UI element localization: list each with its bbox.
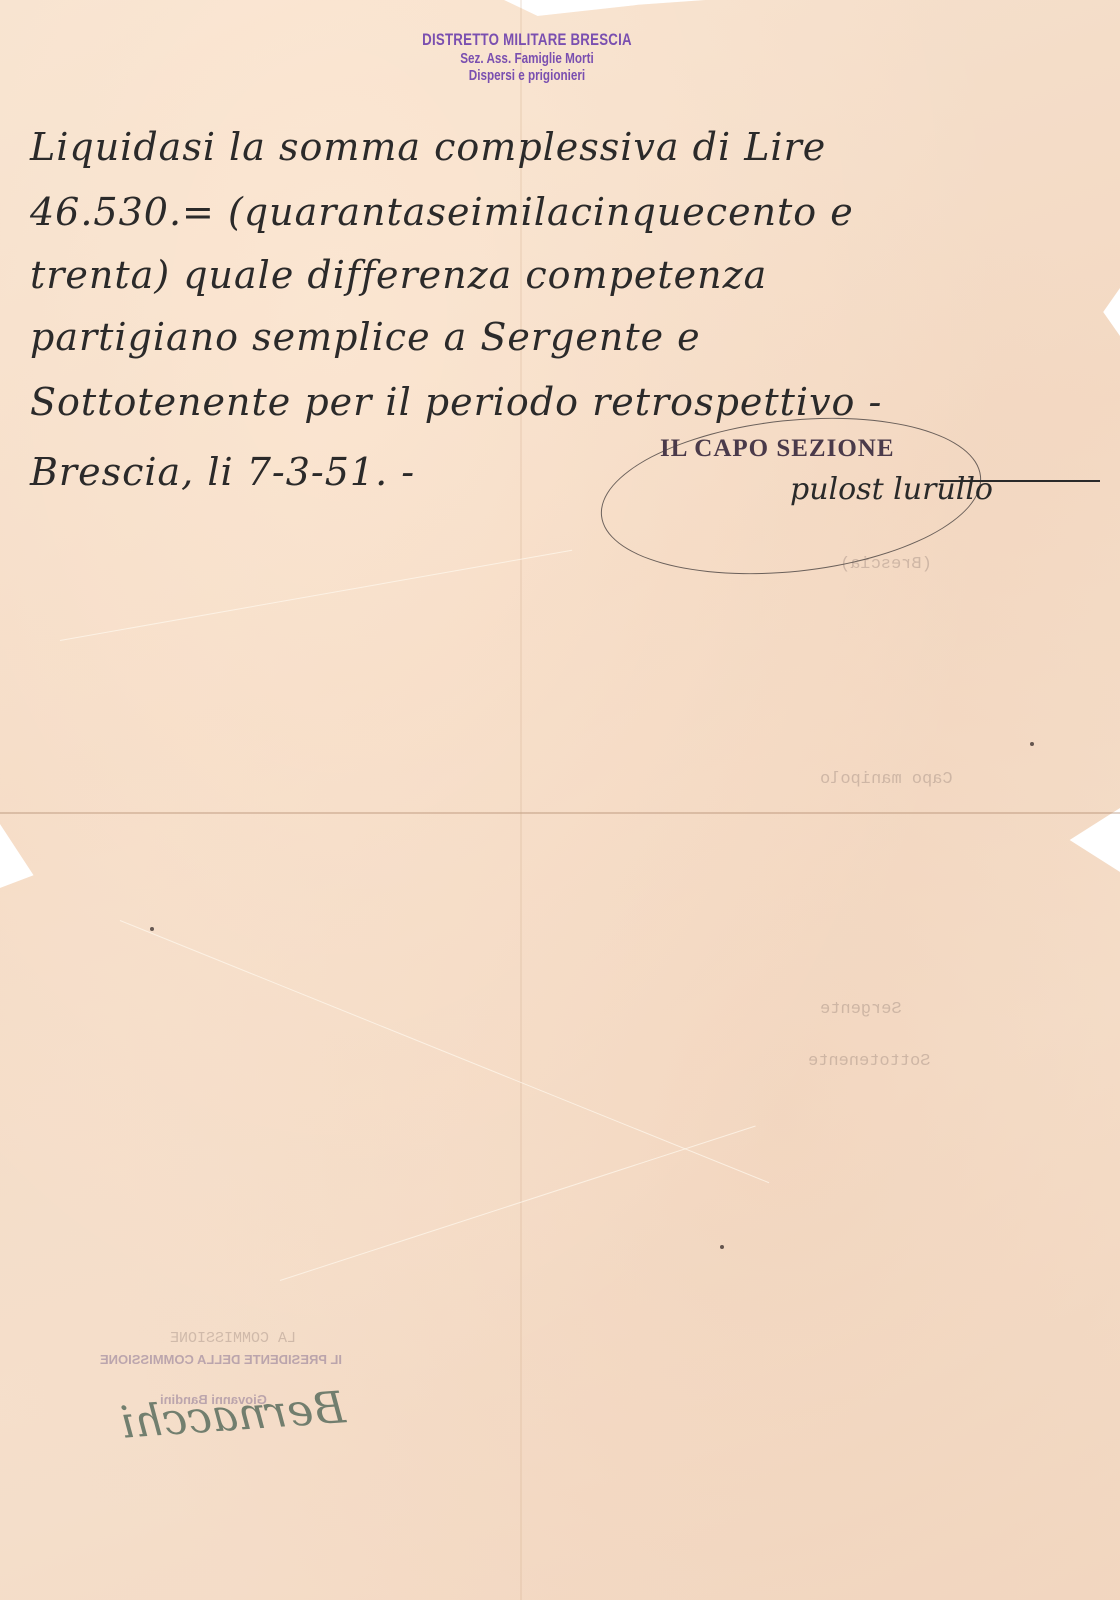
bleed-through-stamp: IL PRESIDENTE DELLA COMMISSIONE <box>100 1352 342 1367</box>
bleed-through-text: Capo manipolo <box>820 770 953 789</box>
stamp-line-2: Sez. Ass. Famiglie Morti <box>422 50 633 67</box>
capo-sezione-stamp: IL CAPO SEZIONE <box>660 435 895 463</box>
bleed-through-text: Sergente <box>820 1000 902 1019</box>
bleed-through-text: LA COMMISSIONE <box>170 1330 296 1347</box>
district-stamp: DISTRETTO MILITARE BRESCIA Sez. Ass. Fam… <box>422 30 633 84</box>
ink-speck <box>150 927 154 931</box>
vertical-fold <box>520 0 522 1600</box>
horizontal-fold <box>0 812 1120 814</box>
ink-speck <box>1030 742 1034 746</box>
bleed-through-text: Sottotenente <box>808 1052 930 1071</box>
handwritten-line-4: partigiano semplice a Sergente e <box>30 315 701 359</box>
handwritten-line-3: trenta) quale differenza competenza <box>30 253 767 297</box>
handwritten-line-1: Liquidasi la somma complessiva di Lire <box>30 125 826 169</box>
stamp-line-1: DISTRETTO MILITARE BRESCIA <box>422 30 633 50</box>
stamp-line-3: Dispersi e prigionieri <box>422 67 633 84</box>
ink-speck <box>720 1245 724 1249</box>
handwritten-line-2: 46.530.= (quarantaseimilacinquecento e <box>30 190 854 234</box>
signature: pulost lurullo <box>790 472 993 507</box>
signature-underline <box>940 480 1100 482</box>
handwritten-line-5: Sottotenente per il periodo retrospettiv… <box>30 380 882 424</box>
handwritten-line-6-date: Brescia, li 7-3-51. - <box>30 450 415 494</box>
